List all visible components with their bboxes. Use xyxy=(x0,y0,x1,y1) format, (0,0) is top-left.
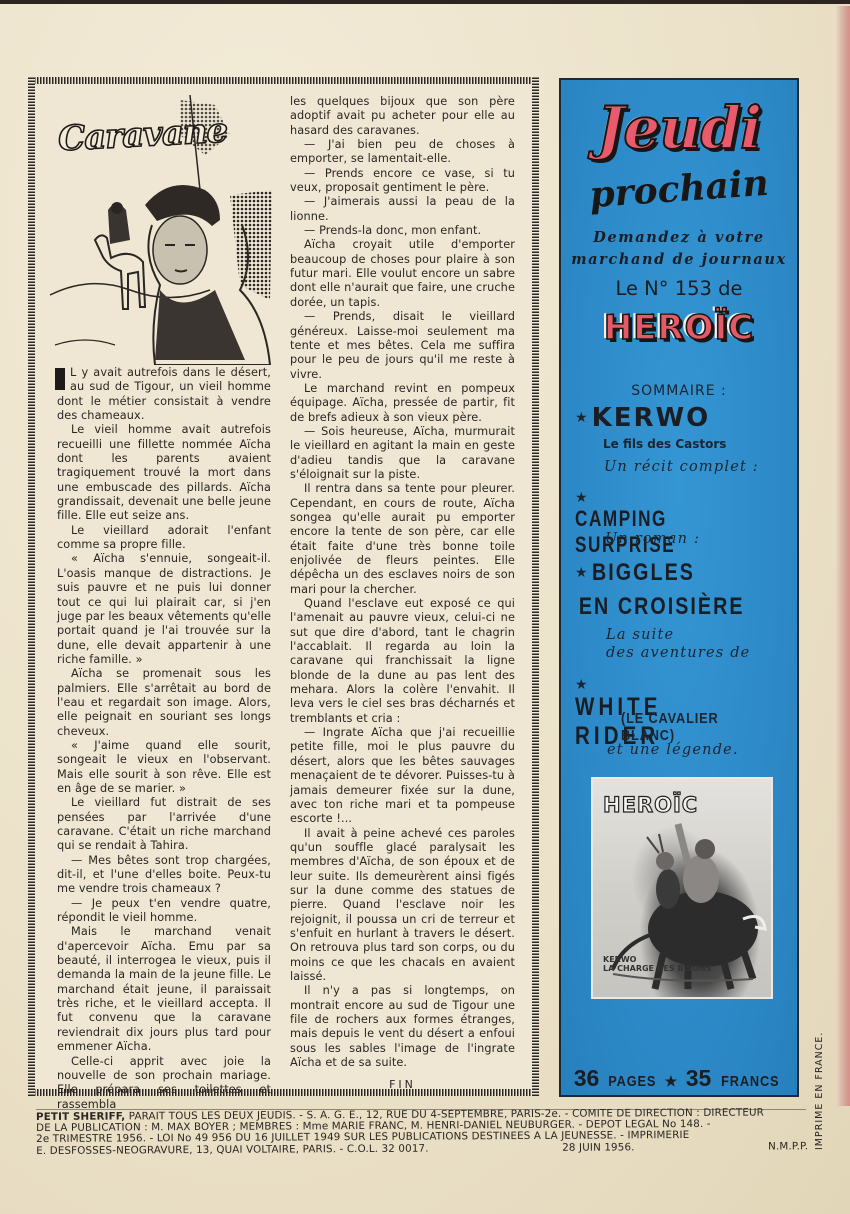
paragraph: — Prends encore ce vase, si tu veux, pro… xyxy=(290,167,515,196)
paragraph: Il rentra dans sa tente pour pleurer. Ce… xyxy=(290,482,515,597)
paragraph: « Aïcha s'ennuie, songeait-il. L'oasis m… xyxy=(57,552,271,667)
paragraph: Le vieillard fut distrait de ses pensées… xyxy=(57,796,271,853)
star-icon: ★ xyxy=(665,1073,678,1089)
contents-item-biggles: ★BIGGLESEN CROISIÈRE xyxy=(575,556,795,624)
paragraph: — Ingrate Aïcha que j'ai recueillie peti… xyxy=(290,726,515,826)
contents-label: SOMMAIRE : xyxy=(561,383,797,399)
paragraph: « J'aime quand elle sourit, songeait le … xyxy=(57,739,271,796)
heroic-logo: HEROÏC xyxy=(561,308,797,348)
paragraph: — Prends-la donc, mon enfant. xyxy=(290,224,515,238)
paragraph: — J'aimerais aussi la peau de la lionne. xyxy=(290,195,515,224)
ad-ask: Demandez à votre marchand de journaux xyxy=(561,227,797,271)
contents-item-kerwo: ★KERWO xyxy=(575,400,795,433)
cover-caption: KERWO LA CHARGE DES BISONS xyxy=(603,955,712,973)
magazine-cover-image: HEROÏC KERWO LA CHARGE DES BISONS xyxy=(591,777,773,999)
paragraph: — Mes bêtes sont trop chargées, dit-il, … xyxy=(57,854,271,897)
paragraph: les quelques bijoux que son père adoptif… xyxy=(290,95,515,138)
paragraph: Celle-ci apprit avec joie la nouvelle de… xyxy=(57,1055,271,1112)
paragraph: Il avait à peine achevé ces paroles qu'u… xyxy=(290,827,515,985)
paragraph: — Je peux t'en vendre quatre, répondit l… xyxy=(57,897,271,926)
star-icon: ★ xyxy=(575,565,588,581)
page-right-edge xyxy=(836,6,850,1106)
star-icon: ★ xyxy=(575,410,588,426)
printed-in-france: IMPRIME EN FRANCE. xyxy=(814,1032,825,1150)
contents-intro: Un roman : xyxy=(605,530,700,548)
paragraph: L y avait autrefois dans le désert, au s… xyxy=(57,366,271,423)
contents-closing: et une légende. xyxy=(607,741,739,759)
contents-intro: Un récit complet : xyxy=(604,458,759,476)
paragraph: — Prends, disait le vieillard généreux. … xyxy=(290,310,515,382)
dropcap-i xyxy=(55,368,65,390)
contents-item-kerwo-subtitle: Le fils des Castors xyxy=(603,437,726,451)
cover-logo: HEROÏC xyxy=(603,793,698,817)
next-issue-ad: Jeudi prochain Demandez à votre marchand… xyxy=(559,78,799,1097)
price-line: 36 PAGES ★ 35 FRANCS xyxy=(561,1065,797,1092)
story-column-1: L y avait autrefois dans le désert, au s… xyxy=(57,366,271,1112)
story-illustration: Caravane xyxy=(40,95,275,365)
contents-item-white-rider-subtitle: (LE CAVALIER BLANC) xyxy=(621,710,771,744)
paragraph: Le vieillard adorait l'enfant comme sa p… xyxy=(57,524,271,553)
paragraph: Mais le marchand venait d'apercevoir Aïc… xyxy=(57,925,271,1054)
paragraph: Quand l'esclave eut exposé ce qui l'amen… xyxy=(290,597,515,726)
paragraph: Aïcha se promenait sous les palmiers. El… xyxy=(57,667,271,739)
page-top-edge xyxy=(0,0,850,4)
ad-issue-number: Le N° 153 de xyxy=(561,277,797,300)
story-end: FIN xyxy=(290,1078,515,1092)
paragraph: Le marchand revint en pompeux équipage. … xyxy=(290,382,515,425)
paragraph: — J'ai bien peu de choses à emporter, se… xyxy=(290,138,515,167)
paragraph: Le vieil homme avait autrefois recueilli… xyxy=(57,423,271,523)
story-column-2: les quelques bijoux que son père adoptif… xyxy=(290,95,515,1093)
ad-headline: Jeudi xyxy=(561,98,797,158)
star-icon: ★ xyxy=(575,490,588,506)
paragraph: — Sois heureuse, Aïcha, murmurait le vie… xyxy=(290,425,515,482)
paragraph: Il n'y a pas si longtemps, on montrait e… xyxy=(290,984,515,1070)
publication-imprint: PETIT SHERIFF, PARAIT TOUS LES DEUX JEUD… xyxy=(36,1107,808,1157)
ad-subheadline: prochain xyxy=(560,160,798,218)
paragraph: Aïcha croyait utile d'emporter beaucoup … xyxy=(290,238,515,310)
star-icon: ★ xyxy=(575,677,588,693)
contents-intro: La suite des aventures de xyxy=(606,626,750,662)
